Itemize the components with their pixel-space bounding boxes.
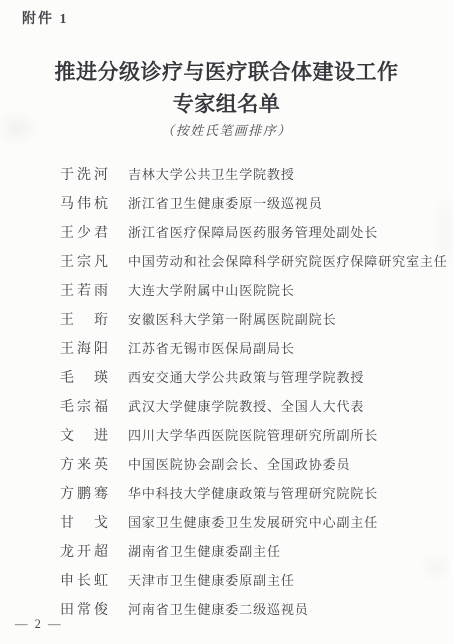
expert-name: 甘戈 bbox=[60, 509, 108, 538]
expert-title: 国家卫生健康委卫生发展研究中心副主任 bbox=[128, 508, 445, 537]
document-title: 推进分级诊疗与医疗联合体建设工作 专家组名单 bbox=[0, 56, 453, 120]
expert-name: 王宗凡 bbox=[60, 248, 108, 277]
attachment-label: 附件 1 bbox=[22, 8, 69, 28]
expert-title: 河南省卫生健康委二级巡视员 bbox=[128, 595, 445, 624]
expert-row: 王少君 浙江省医疗保障局医药服务管理处副处长 bbox=[60, 218, 445, 247]
expert-row: 龙开超 湖南省卫生健康委副主任 bbox=[60, 537, 445, 566]
expert-title: 天津市卫生健康委原副主任 bbox=[128, 566, 445, 595]
expert-row: 王海阳 江苏省无锡市医保局副局长 bbox=[60, 334, 445, 363]
expert-row: 马伟杭 浙江省卫生健康委原一级巡视员 bbox=[60, 189, 445, 218]
expert-name: 毛瑛 bbox=[60, 364, 108, 393]
expert-row: 申长虹 天津市卫生健康委原副主任 bbox=[60, 566, 445, 595]
expert-row: 甘戈 国家卫生健康委卫生发展研究中心副主任 bbox=[60, 508, 445, 537]
expert-row: 方鹏骞 华中科技大学健康政策与管理研究院院长 bbox=[60, 479, 445, 508]
expert-title: 四川大学华西医院医院管理研究所副所长 bbox=[128, 421, 445, 450]
expert-name: 毛宗福 bbox=[60, 393, 108, 422]
expert-title: 西安交通大学公共政策与管理学院教授 bbox=[128, 363, 445, 392]
expert-title: 浙江省卫生健康委原一级巡视员 bbox=[128, 189, 445, 218]
expert-title: 安徽医科大学第一附属医院副院长 bbox=[128, 305, 445, 334]
sort-note: （按姓氏笔画排序） bbox=[0, 120, 453, 139]
expert-title: 吉林大学公共卫生学院教授 bbox=[128, 160, 445, 189]
expert-title: 湖南省卫生健康委副主任 bbox=[128, 537, 445, 566]
document-title-line2: 专家组名单 bbox=[0, 88, 453, 120]
expert-row: 王若雨 大连大学附属中山医院院长 bbox=[60, 276, 445, 305]
expert-name: 于洗河 bbox=[60, 161, 108, 190]
expert-title: 中国劳动和社会保障科学研究院医疗保障研究室主任 bbox=[128, 247, 448, 276]
expert-list: 于洗河 吉林大学公共卫生学院教授 马伟杭 浙江省卫生健康委原一级巡视员 王少君 … bbox=[60, 160, 445, 624]
expert-name: 王若雨 bbox=[60, 277, 108, 306]
scanned-document-page: { "page": { "attachment_label": "附件 1", … bbox=[0, 0, 453, 644]
expert-name: 田常俊 bbox=[60, 596, 108, 625]
expert-title: 中国医院协会副会长、全国政协委员 bbox=[128, 450, 445, 479]
expert-name: 王少君 bbox=[60, 219, 108, 248]
expert-name: 王珩 bbox=[60, 306, 108, 335]
expert-row: 田常俊 河南省卫生健康委二级巡视员 bbox=[60, 595, 445, 624]
expert-row: 毛宗福 武汉大学健康学院教授、全国人大代表 bbox=[60, 392, 445, 421]
expert-row: 方来英 中国医院协会副会长、全国政协委员 bbox=[60, 450, 445, 479]
expert-row: 王宗凡 中国劳动和社会保障科学研究院医疗保障研究室主任 bbox=[60, 247, 445, 276]
page-number: — 2 — bbox=[15, 617, 63, 632]
expert-name: 方鹏骞 bbox=[60, 480, 108, 509]
expert-row: 于洗河 吉林大学公共卫生学院教授 bbox=[60, 160, 445, 189]
expert-name: 王海阳 bbox=[60, 335, 108, 364]
expert-name: 文进 bbox=[60, 422, 108, 451]
expert-title: 华中科技大学健康政策与管理研究院院长 bbox=[128, 479, 445, 508]
expert-row: 文进 四川大学华西医院医院管理研究所副所长 bbox=[60, 421, 445, 450]
expert-name: 方来英 bbox=[60, 451, 108, 480]
expert-title: 江苏省无锡市医保局副局长 bbox=[128, 334, 445, 363]
expert-row: 毛瑛 西安交通大学公共政策与管理学院教授 bbox=[60, 363, 445, 392]
expert-title: 武汉大学健康学院教授、全国人大代表 bbox=[128, 392, 445, 421]
expert-name: 申长虹 bbox=[60, 567, 108, 596]
document-title-line1: 推进分级诊疗与医疗联合体建设工作 bbox=[0, 56, 453, 88]
expert-name: 马伟杭 bbox=[60, 190, 108, 219]
expert-title: 大连大学附属中山医院院长 bbox=[128, 276, 445, 305]
expert-title: 浙江省医疗保障局医药服务管理处副处长 bbox=[128, 218, 445, 247]
expert-name: 龙开超 bbox=[60, 538, 108, 567]
expert-row: 王珩 安徽医科大学第一附属医院副院长 bbox=[60, 305, 445, 334]
